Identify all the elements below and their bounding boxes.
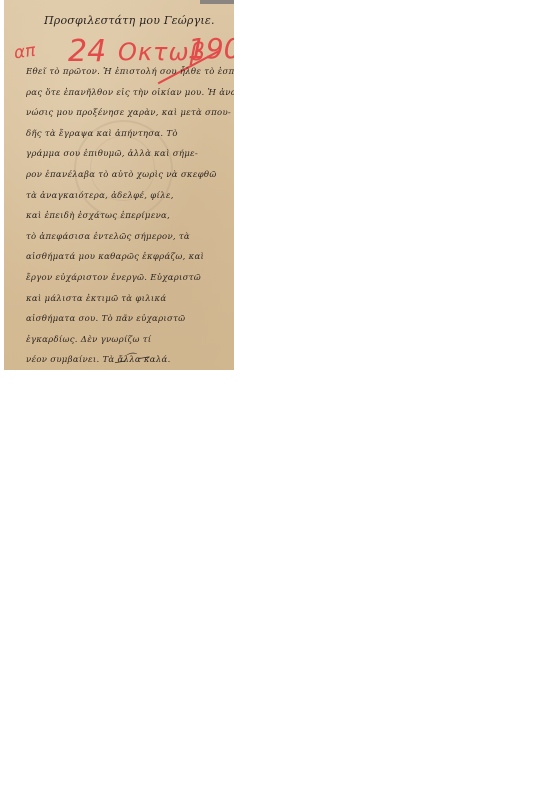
letter-line: Εθεῖ τὸ πρῶτον. Ἡ ἐπιστολή σου ἦλθε τὸ ἑ… xyxy=(26,62,234,83)
letter-line: ἔργον εὐχάριστον ἐνεργῶ. Εὐχαριστῶ xyxy=(26,268,234,289)
letter-page: Προσφιλεστάτη μου Γεώργιε. απ 24 Οκτωβ 1… xyxy=(4,0,234,370)
annotation-year: 1903 xyxy=(188,32,234,65)
scan-edge-strip xyxy=(200,0,234,4)
letter-line: δῆς τὰ ἔγραψα καὶ ἀπήντησα. Τὸ xyxy=(26,124,234,145)
letter-line: ρας ὅτε ἐπανῆλθον εἰς τὴν οἰκίαν μου. Ἡ … xyxy=(26,83,234,104)
letter-line: καὶ ἐπειδὴ ἐσχάτως ἐπερίμενα, xyxy=(26,206,234,227)
letter-line: ἐγκαρδίως. Δὲν γνωρίζω τί xyxy=(26,330,234,351)
annotation-prefix: απ xyxy=(13,41,37,64)
letter-line: καὶ μάλιστα ἐκτιμῶ τὰ φιλικά xyxy=(26,289,234,310)
letter-line: γράμμα σου ἐπιθυμῶ, ἀλλὰ καὶ σήμε- xyxy=(26,144,234,165)
letter-line: αἰσθήματα σου. Τὸ πᾶν εὐχαριστῶ xyxy=(26,309,234,330)
letter-line: νώσις μου προξένησε χαρὰν, καὶ μετὰ σπου… xyxy=(26,103,234,124)
letter-body: Εθεῖ τὸ πρῶτον. Ἡ ἐπιστολή σου ἦλθε τὸ ἑ… xyxy=(26,62,234,370)
letter-salutation: Προσφιλεστάτη μου Γεώργιε. xyxy=(44,14,215,27)
letter-line: ρον ἐπανέλαβα τὸ αὐτὸ χωρὶς νὰ σκεφθῶ xyxy=(26,165,234,186)
letter-line: τὸ ἀπεφάσισα ἐντελῶς σήμερον, τὰ xyxy=(26,227,234,248)
letter-line: αἰσθήματά μου καθαρῶς ἐκφράζω, καὶ xyxy=(26,247,234,268)
letter-line: τὰ ἀναγκαιότερα, ἀδελφέ, φίλε, xyxy=(26,186,234,207)
